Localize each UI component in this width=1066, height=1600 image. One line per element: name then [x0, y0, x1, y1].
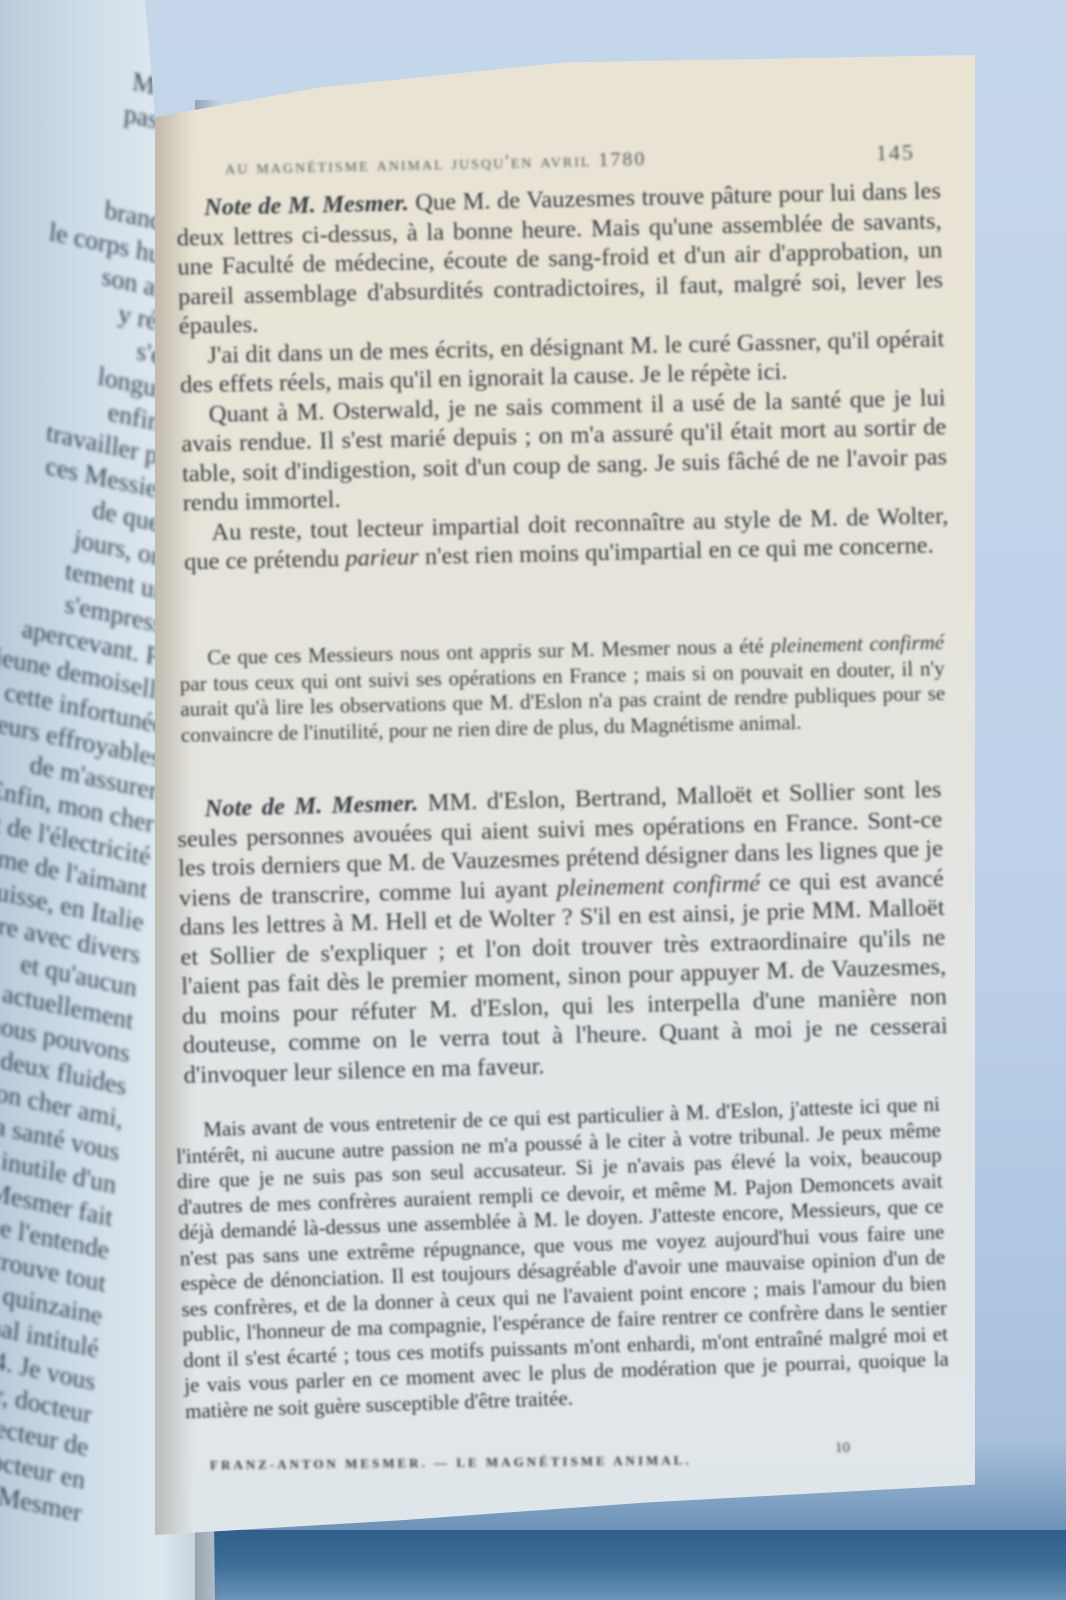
running-head-title: au magnétisme animal jusqu'en avril 1780 [225, 148, 647, 180]
paragraph: Mais avant de vous entretenir de ce qui … [175, 1092, 950, 1425]
paragraph: Ce que ces Messieurs nous ont appris sur… [179, 630, 946, 748]
running-head: au magnétisme animal jusqu'en avril 1780… [195, 139, 915, 180]
right-page: au magnétisme animal jusqu'en avril 1780… [155, 55, 975, 1535]
paragraph: Note de M. Mesmer. Que M. de Vauzesmes t… [176, 176, 944, 341]
note-label: Note de M. Mesmer. [204, 189, 409, 221]
second-note: Note de M. Mesmer. MM. d'Eslon, Bertrand… [176, 775, 948, 1090]
page-number: 145 [876, 139, 916, 166]
quoted-block: Ce que ces Messieurs nous ont appris sur… [179, 630, 946, 748]
final-block: Mais avant de vous entretenir de ce qui … [175, 1092, 950, 1425]
page-footer: franz-anton mesmer. — le magnétisme anim… [210, 1452, 692, 1473]
signature-mark: 10 [835, 1440, 850, 1457]
paragraph: Quant à M. Osterwald, je ne sais comment… [180, 383, 947, 518]
opening-note: Note de M. Mesmer. Que M. de Vauzesmes t… [176, 176, 950, 577]
paragraph: Note de M. Mesmer. MM. d'Eslon, Bertrand… [176, 775, 948, 1090]
note-label: Note de M. Mesmer. [204, 790, 418, 823]
